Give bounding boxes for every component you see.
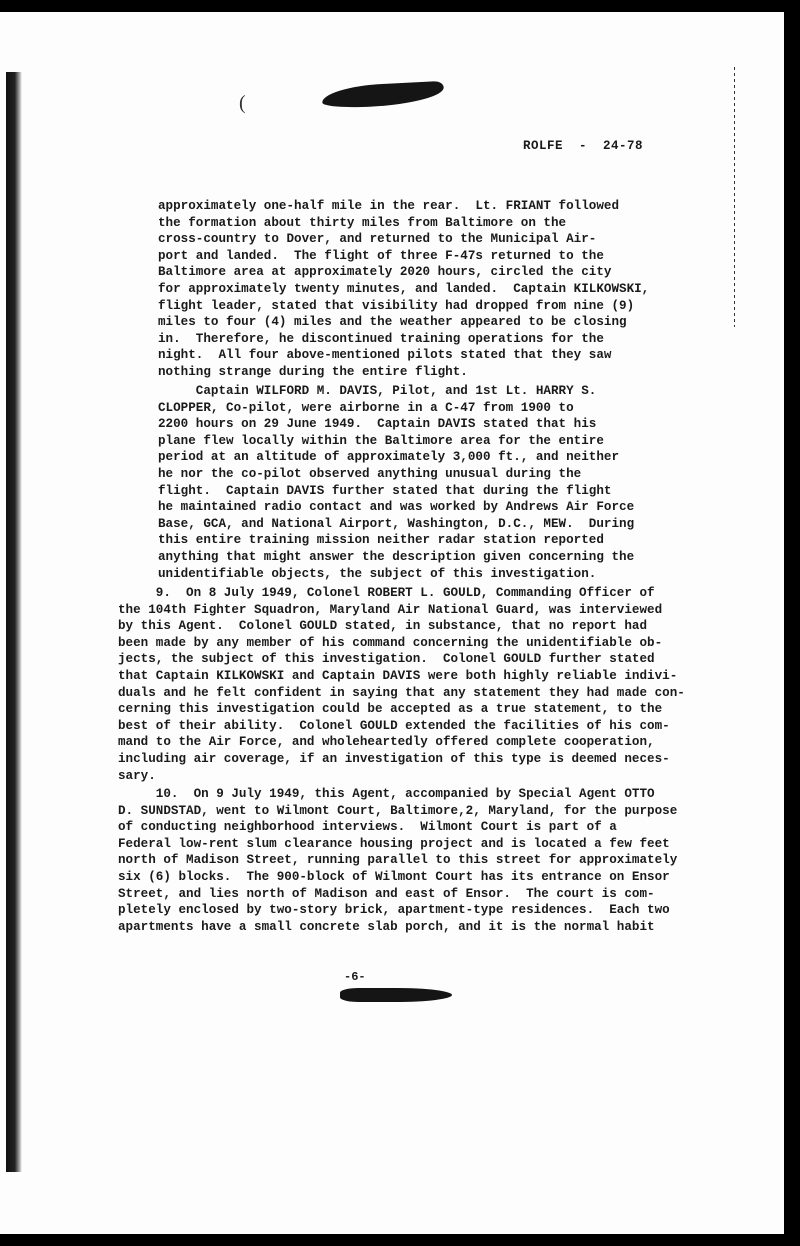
text-line: been made by any member of his command c… — [118, 635, 685, 652]
text-line: port and landed. The flight of three F-4… — [158, 248, 649, 265]
text-line: CLOPPER, Co-pilot, were airborne in a C-… — [158, 400, 634, 417]
text-line: mand to the Air Force, and wholeheartedl… — [118, 734, 685, 751]
text-line: miles to four (4) miles and the weather … — [158, 314, 649, 331]
text-line: in. Therefore, he discontinued training … — [158, 331, 649, 348]
text-line: the formation about thirty miles from Ba… — [158, 215, 649, 232]
text-line: apartments have a small concrete slab po… — [118, 919, 677, 936]
text-line: sary. — [118, 768, 685, 785]
text-line: anything that might answer the descripti… — [158, 549, 634, 566]
scan-binding-edge — [6, 72, 22, 1172]
redaction-mark-bottom — [340, 988, 452, 1002]
text-line: jects, the subject of this investigation… — [118, 651, 685, 668]
text-line: flight. Captain DAVIS further stated tha… — [158, 483, 634, 500]
paragraph-item-9: 9. On 8 July 1949, Colonel ROBERT L. GOU… — [118, 585, 685, 784]
text-line: Baltimore area at approximately 2020 hou… — [158, 264, 649, 281]
scan-mark: ( — [239, 92, 246, 115]
text-line: he nor the co-pilot observed anything un… — [158, 466, 634, 483]
paragraph-item-10: 10. On 9 July 1949, this Agent, accompan… — [118, 786, 677, 935]
text-line: Federal low-rent slum clearance housing … — [118, 836, 677, 853]
text-line: that Captain KILKOWSKI and Captain DAVIS… — [118, 668, 685, 685]
text-line: D. SUNDSTAD, went to Wilmont Court, Balt… — [118, 803, 677, 820]
text-line: for approximately twenty minutes, and la… — [158, 281, 649, 298]
text-line: 9. On 8 July 1949, Colonel ROBERT L. GOU… — [118, 585, 685, 602]
text-line: unidentifiable objects, the subject of t… — [158, 566, 634, 583]
paragraph-continuation: approximately one-half mile in the rear.… — [158, 198, 649, 381]
text-line: duals and he felt confident in saying th… — [118, 685, 685, 702]
text-line: of conducting neighborhood interviews. W… — [118, 819, 677, 836]
text-line: period at an altitude of approximately 3… — [158, 449, 634, 466]
text-line: 2200 hours on 29 June 1949. Captain DAVI… — [158, 416, 634, 433]
scan-artifact-line — [734, 67, 735, 327]
text-line: approximately one-half mile in the rear.… — [158, 198, 649, 215]
text-line: the 104th Fighter Squadron, Maryland Air… — [118, 602, 685, 619]
text-line: nothing strange during the entire flight… — [158, 364, 649, 381]
text-line: pletely enclosed by two-story brick, apa… — [118, 902, 677, 919]
text-line: cross-country to Dover, and returned to … — [158, 231, 649, 248]
text-line: Captain WILFORD M. DAVIS, Pilot, and 1st… — [158, 383, 634, 400]
paragraph-davis: Captain WILFORD M. DAVIS, Pilot, and 1st… — [158, 383, 634, 582]
redaction-mark-top — [322, 81, 445, 109]
text-line: night. All four above-mentioned pilots s… — [158, 347, 649, 364]
text-line: flight leader, stated that visibility ha… — [158, 298, 649, 315]
page-number: -6- — [344, 969, 366, 986]
text-line: plane flew locally within the Baltimore … — [158, 433, 634, 450]
file-reference: ROLFE - 24-78 — [523, 138, 643, 155]
text-line: best of their ability. Colonel GOULD ext… — [118, 718, 685, 735]
text-line: Street, and lies north of Madison and ea… — [118, 886, 677, 903]
text-line: Base, GCA, and National Airport, Washing… — [158, 516, 634, 533]
text-line: north of Madison Street, running paralle… — [118, 852, 677, 869]
text-line: cerning this investigation could be acce… — [118, 701, 685, 718]
document-page: ( ROLFE - 24-78 approximately one-half m… — [0, 12, 784, 1234]
text-line: six (6) blocks. The 900-block of Wilmont… — [118, 869, 677, 886]
text-line: by this Agent. Colonel GOULD stated, in … — [118, 618, 685, 635]
text-line: this entire training mission neither rad… — [158, 532, 634, 549]
text-line: he maintained radio contact and was work… — [158, 499, 634, 516]
text-line: including air coverage, if an investigat… — [118, 751, 685, 768]
text-line: 10. On 9 July 1949, this Agent, accompan… — [118, 786, 677, 803]
